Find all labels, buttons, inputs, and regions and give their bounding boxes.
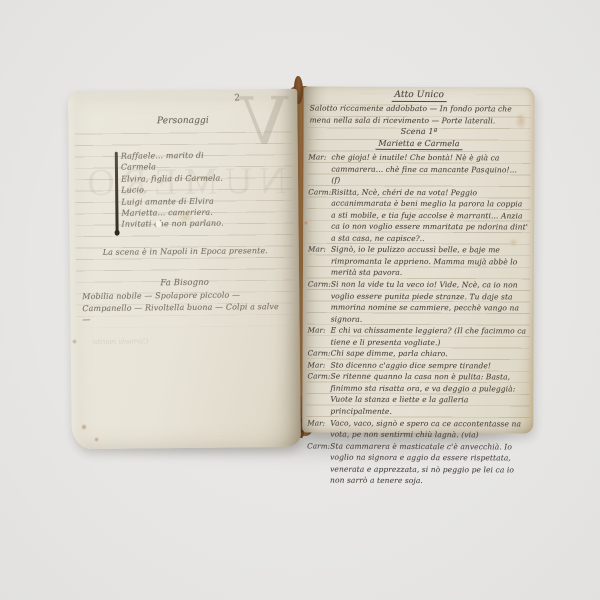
cast-member: Elvira, figlia di Carmela.: [121, 172, 223, 184]
speaker-label: Mar:: [308, 359, 328, 371]
right-page: Atto Unico Salotto riccamente addobbato …: [302, 86, 535, 433]
dialogue-line: Carm:Chi sape dimme, parla chiaro.: [308, 348, 528, 361]
dialogue-line: Mar:Vaco, vaco, signò e spero ca ce acco…: [307, 417, 527, 441]
foxing-spot: [515, 112, 527, 130]
dialogue-line: Mar:Signò, io le pulizzo accussì belle, …: [308, 244, 528, 280]
dialogue-line: Carm:Se ritenne quanno la casa non è pul…: [307, 371, 527, 418]
dialogue-text: Signò, io le pulizzo accussì belle, e ba…: [331, 245, 518, 277]
manuscript-photo: V NUMERO Carmela marito 2 Personaggi Raf…: [0, 0, 600, 600]
speaker-label: Mar:: [308, 325, 328, 337]
act-title-text: Atto Unico: [391, 90, 447, 102]
show-through-small-text: Carmela marito: [93, 336, 149, 347]
scene-heading: Scena 1ª: [304, 126, 535, 136]
stain: [94, 437, 99, 442]
scene-location-note: La scena è in Napoli in Epoca presente.: [90, 246, 281, 257]
dialogue-line: Mar:Sto dicenno c'aggio dice sempre tira…: [308, 359, 528, 372]
dialogue-text: Risitta, Ncè, chéri de na vota! Peggio a…: [331, 187, 528, 243]
dialogue-line: Carm:Sta cammarera è masticatale c'è anv…: [307, 440, 527, 487]
props-list: Mobilia nobile — Spolapore piccolo — Cam…: [82, 289, 289, 326]
paper-fleck: [155, 220, 161, 227]
dialogue-block: Mar:che gioja! è inutile! Che bontà! Nè …: [307, 152, 528, 488]
dialogue-text: Sto dicenno c'aggio dice sempre tirande!: [331, 360, 492, 370]
stain: [304, 221, 308, 225]
act-title: Atto Unico: [304, 89, 535, 102]
dialogue-text: Sta cammarera è masticatale c'è anvecchi…: [330, 441, 514, 485]
left-page: V NUMERO Carmela marito 2 Personaggi Raf…: [68, 89, 301, 449]
dialogue-text: Vaco, vaco, signò e spero ca ce acconten…: [330, 418, 521, 439]
dialogue-line: Carm:Si non la vide tu la veco io! Vide,…: [308, 279, 528, 326]
speaker-label: Mar:: [307, 417, 327, 429]
speaker-label: Carm:: [307, 371, 327, 383]
dialogue-text: Chi sape dimme, parla chiaro.: [331, 349, 448, 359]
foxing-spot: [509, 238, 518, 247]
dialogue-text: Se ritenne quanno la casa non è pulita: …: [330, 372, 515, 416]
dialogue-line: Mar:E chi va chissamente leggiera? (Il c…: [308, 325, 528, 349]
stage-direction: Salotto riccamente addobbato — In fondo …: [310, 103, 526, 127]
speaker-label: Carm:: [308, 186, 328, 198]
dialogue-line: Mar:che gioja! è inutile! Che bontà! Nè …: [308, 152, 528, 188]
dialogue-text: che gioja! è inutile! Che bontà! Nè è gi…: [331, 153, 517, 185]
dialogue-text: E chi va chissamente leggiera? (Il che f…: [331, 326, 526, 347]
speaker-label: Carm:: [307, 440, 327, 452]
cast-member: Invitati che non parlano.: [121, 218, 223, 230]
speaker-label: Carm:: [308, 279, 328, 291]
page-number: 2: [234, 93, 240, 103]
scene-characters-text: Marietta e Carmela: [375, 139, 462, 150]
props-heading: Fa Bisogno: [70, 277, 299, 289]
cast-bracket-tip: [114, 230, 119, 236]
cast-list: Raffaele... marito di Carmela Elvira, fi…: [121, 150, 224, 231]
speaker-label: Mar:: [308, 152, 328, 164]
dialogue-line: Carm:Risitta, Ncè, chéri de na vota! Peg…: [308, 186, 528, 245]
speaker-label: Carm:: [308, 348, 328, 360]
stain: [81, 424, 87, 430]
speaker-label: Mar:: [308, 244, 328, 256]
dialogue-text: Si non la vide tu la veco io! Vide, Ncè,…: [331, 280, 519, 324]
stain: [72, 339, 77, 344]
scene-characters: Marietta e Carmela: [303, 138, 534, 150]
